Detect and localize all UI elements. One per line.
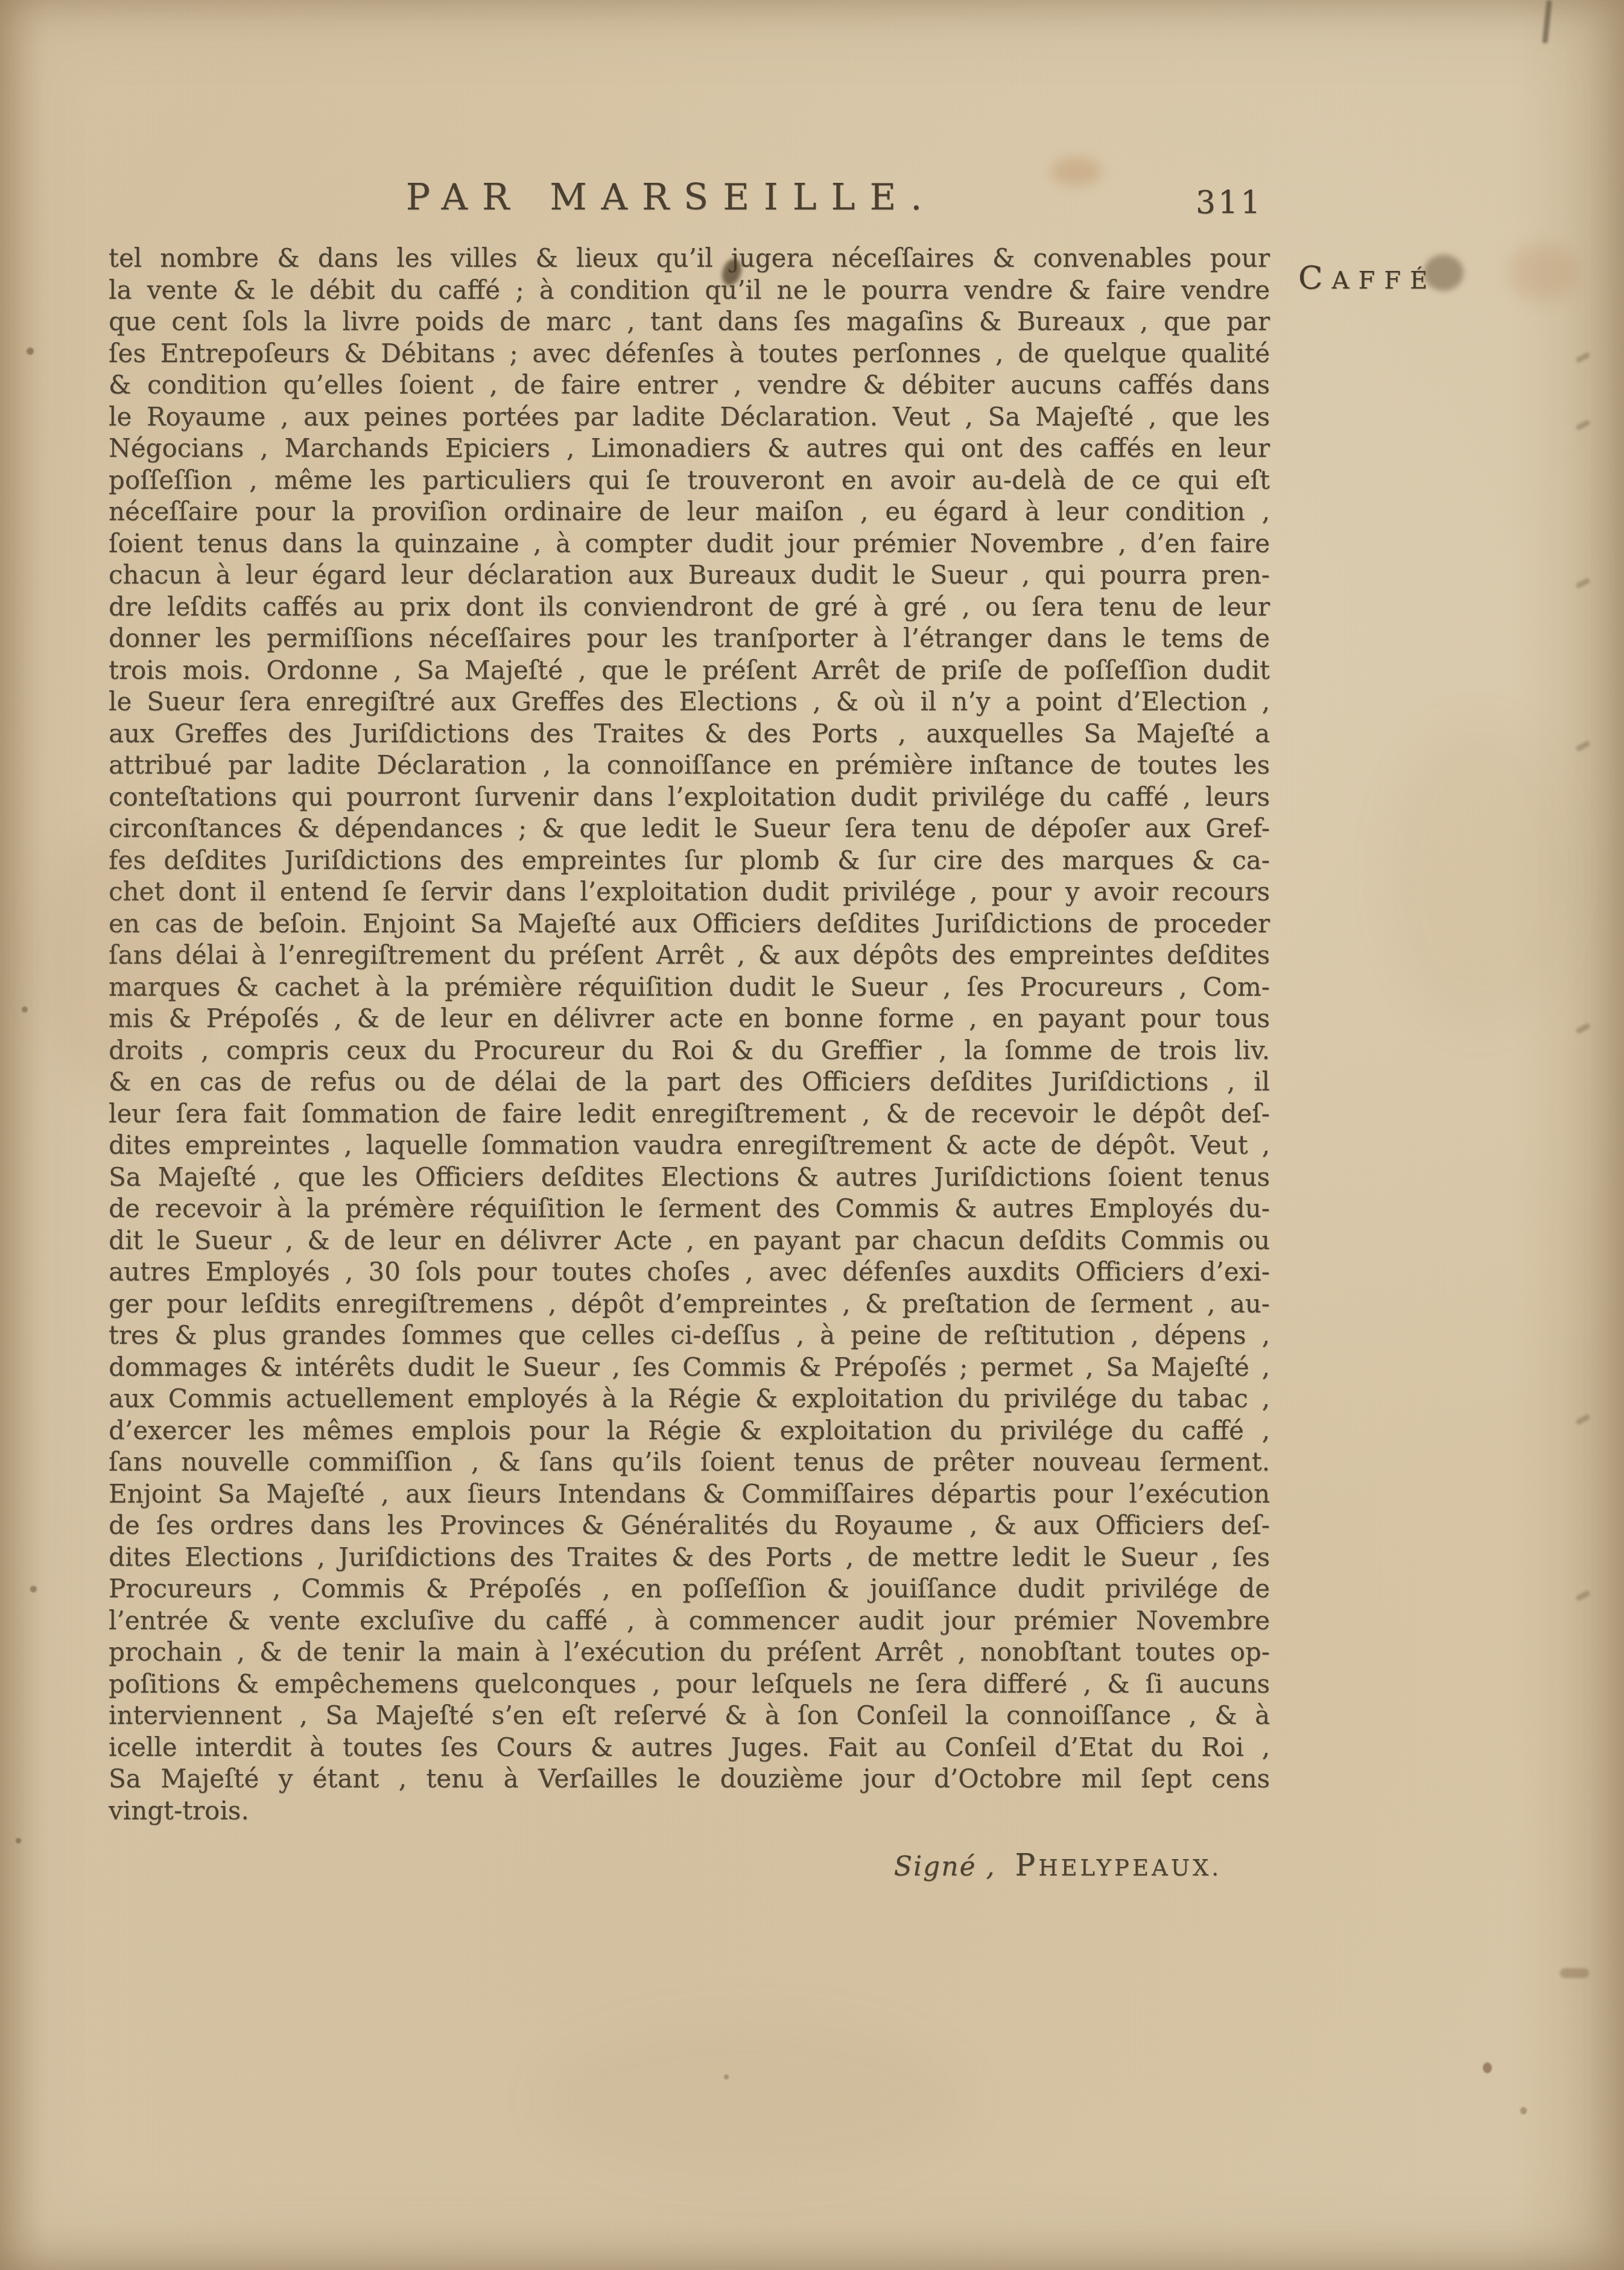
speck-stain [22, 1006, 28, 1013]
text-line: ſans délai à l’enregiſtrement du préſent… [109, 939, 1270, 971]
text-line: conteſtations qui pourront ſurvenir dans… [109, 781, 1270, 813]
text-line: leur ſera fait ſommation de faire ledit … [109, 1098, 1270, 1130]
margin-mark [1575, 419, 1590, 431]
body-text: tel nombre & dans les villes & lieux qu’… [109, 243, 1270, 1826]
text-line: aux Greffes des Juriſdictions des Traite… [109, 718, 1270, 750]
signature-name: PHELYPEAUX. [1015, 1848, 1222, 1883]
text-line: Procureurs , Commis & Prépoſés , en poſſ… [109, 1573, 1270, 1605]
text-line: droits , compris ceux du Procureur du Ro… [109, 1035, 1270, 1067]
text-line: tres & plus grandes ſommes que celles ci… [109, 1320, 1270, 1352]
text-line: icelle interdit à toutes ſes Cours & aut… [109, 1732, 1270, 1764]
margin-mark [1575, 352, 1590, 363]
page-number: 311 [1196, 185, 1263, 221]
text-line: & condition qu’elles ſoient , de faire e… [109, 369, 1270, 401]
text-line: ger pour leſdits enregiſtremens , dépôt … [109, 1288, 1270, 1320]
text-line: vingt-trois. [109, 1795, 1270, 1827]
text-line: dites empreintes , laquelle ſommation va… [109, 1130, 1270, 1162]
text-line: Enjoint Sa Majeſté , aux ſieurs Intendan… [109, 1478, 1270, 1510]
text-line: prochain , & de tenir la main à l’exécut… [109, 1636, 1270, 1668]
edge-mark-stain [1542, 0, 1552, 43]
text-line: le Sueur ſera enregiſtré aux Greffes des… [109, 686, 1270, 718]
text-line: poſitions & empêchemens quelconques , po… [109, 1668, 1270, 1700]
margin-mark [1575, 1414, 1590, 1425]
margin-note-caffe: CAFFÉ [1298, 259, 1436, 296]
speck-stain [27, 348, 34, 355]
book-page: PAR MARSEILLE. 311 CAFFÉ tel nombre & da… [0, 0, 1624, 2270]
text-line: chet dont il entend ſe ſervir dans l’exp… [109, 876, 1270, 908]
text-line: circonſtances & dépendances ; & que ledi… [109, 813, 1270, 845]
text-line: de recevoir à la prémère réquiſition le … [109, 1193, 1270, 1225]
text-line: le Royaume , aux peines portées par ladi… [109, 401, 1270, 433]
text-line: interviennent , Sa Majeſté s’en eſt reſe… [109, 1700, 1270, 1732]
text-line: tel nombre & dans les villes & lieux qu’… [109, 243, 1270, 275]
text-line: trois mois. Ordonne , Sa Majeſté , que l… [109, 655, 1270, 687]
margin-mark [1575, 1023, 1590, 1034]
running-title: PAR MARSEILLE. [109, 176, 1234, 218]
text-line: l’entrée & vente excluſive du caffé , à … [109, 1605, 1270, 1637]
text-line: mis & Prépoſés , & de leur en délivrer a… [109, 1003, 1270, 1035]
text-line: Sa Majeſté , que les Officiers deſdites … [109, 1162, 1270, 1194]
text-line: & en cas de refus ou de délai de la part… [109, 1066, 1270, 1098]
text-line: dre leſdits caffés au prix dont ils conv… [109, 591, 1270, 623]
aging-blotch [543, 2021, 965, 2178]
text-line: ſoient tenus dans la quinzaine , à compt… [109, 528, 1270, 560]
text-line: ſans nouvelle commiſſion , & ſans qu’ils… [109, 1446, 1270, 1478]
text-line: attribué par ladite Déclaration , la con… [109, 749, 1270, 781]
margin-mark [1575, 740, 1590, 752]
text-line: chacun à leur égard leur déclaration aux… [109, 559, 1270, 591]
text-line: la vente & le débit du caffé ; à conditi… [109, 275, 1270, 307]
speck-stain [16, 1838, 21, 1843]
text-line: Sa Majeſté y étant , tenu à Verſailles l… [109, 1763, 1270, 1795]
text-line: fes deſdites Juriſdictions des empreinte… [109, 845, 1270, 877]
speck-stain [1520, 2107, 1527, 2114]
text-line: ſes Entrepoſeurs & Débitans ; avec défen… [109, 338, 1270, 370]
margin-mark [1575, 577, 1590, 589]
speck-stain [1483, 2062, 1492, 2073]
text-line: poſſeſſion , même les particuliers qui ſ… [109, 465, 1270, 497]
text-line: autres Employés , 30 ſols pour toutes ch… [109, 1256, 1270, 1288]
text-line: donner les permiſſions néceſſaires pour … [109, 623, 1270, 655]
text-line: dit le Sueur , & de leur en délivrer Act… [109, 1225, 1270, 1257]
text-line: Négocians , Marchands Epiciers , Limonad… [109, 433, 1270, 465]
speck-stain [30, 1586, 37, 1592]
speck-stain [724, 2074, 729, 2079]
fox-spot-stain [1508, 244, 1578, 300]
text-line: marques & cachet à la prémière réquiſiti… [109, 971, 1270, 1003]
text-line: néceſſaire pour la proviſion ordinaire d… [109, 496, 1270, 528]
signature-line: Signé , PHELYPEAUX. [109, 1848, 1222, 1883]
signature-signed-label: Signé , [894, 1851, 996, 1882]
speck-stain [1560, 1968, 1589, 1978]
text-line: dommages & intérêts dudit le Sueur , ſes… [109, 1352, 1270, 1384]
text-line: dites Elections , Juriſdictions des Trai… [109, 1542, 1270, 1574]
text-line: d’exercer les mêmes emplois pour la Régi… [109, 1415, 1270, 1447]
text-line: que cent ſols la livre poids de marc , t… [109, 306, 1270, 338]
text-line: aux Commis actuellement employés à la Ré… [109, 1383, 1270, 1415]
aging-blotch [1388, 724, 1568, 1026]
text-line: de ſes ordres dans les Provinces & Génér… [109, 1510, 1270, 1542]
text-line: en cas de beſoin. Enjoint Sa Majeſté aux… [109, 908, 1270, 940]
margin-mark [1575, 1590, 1590, 1601]
